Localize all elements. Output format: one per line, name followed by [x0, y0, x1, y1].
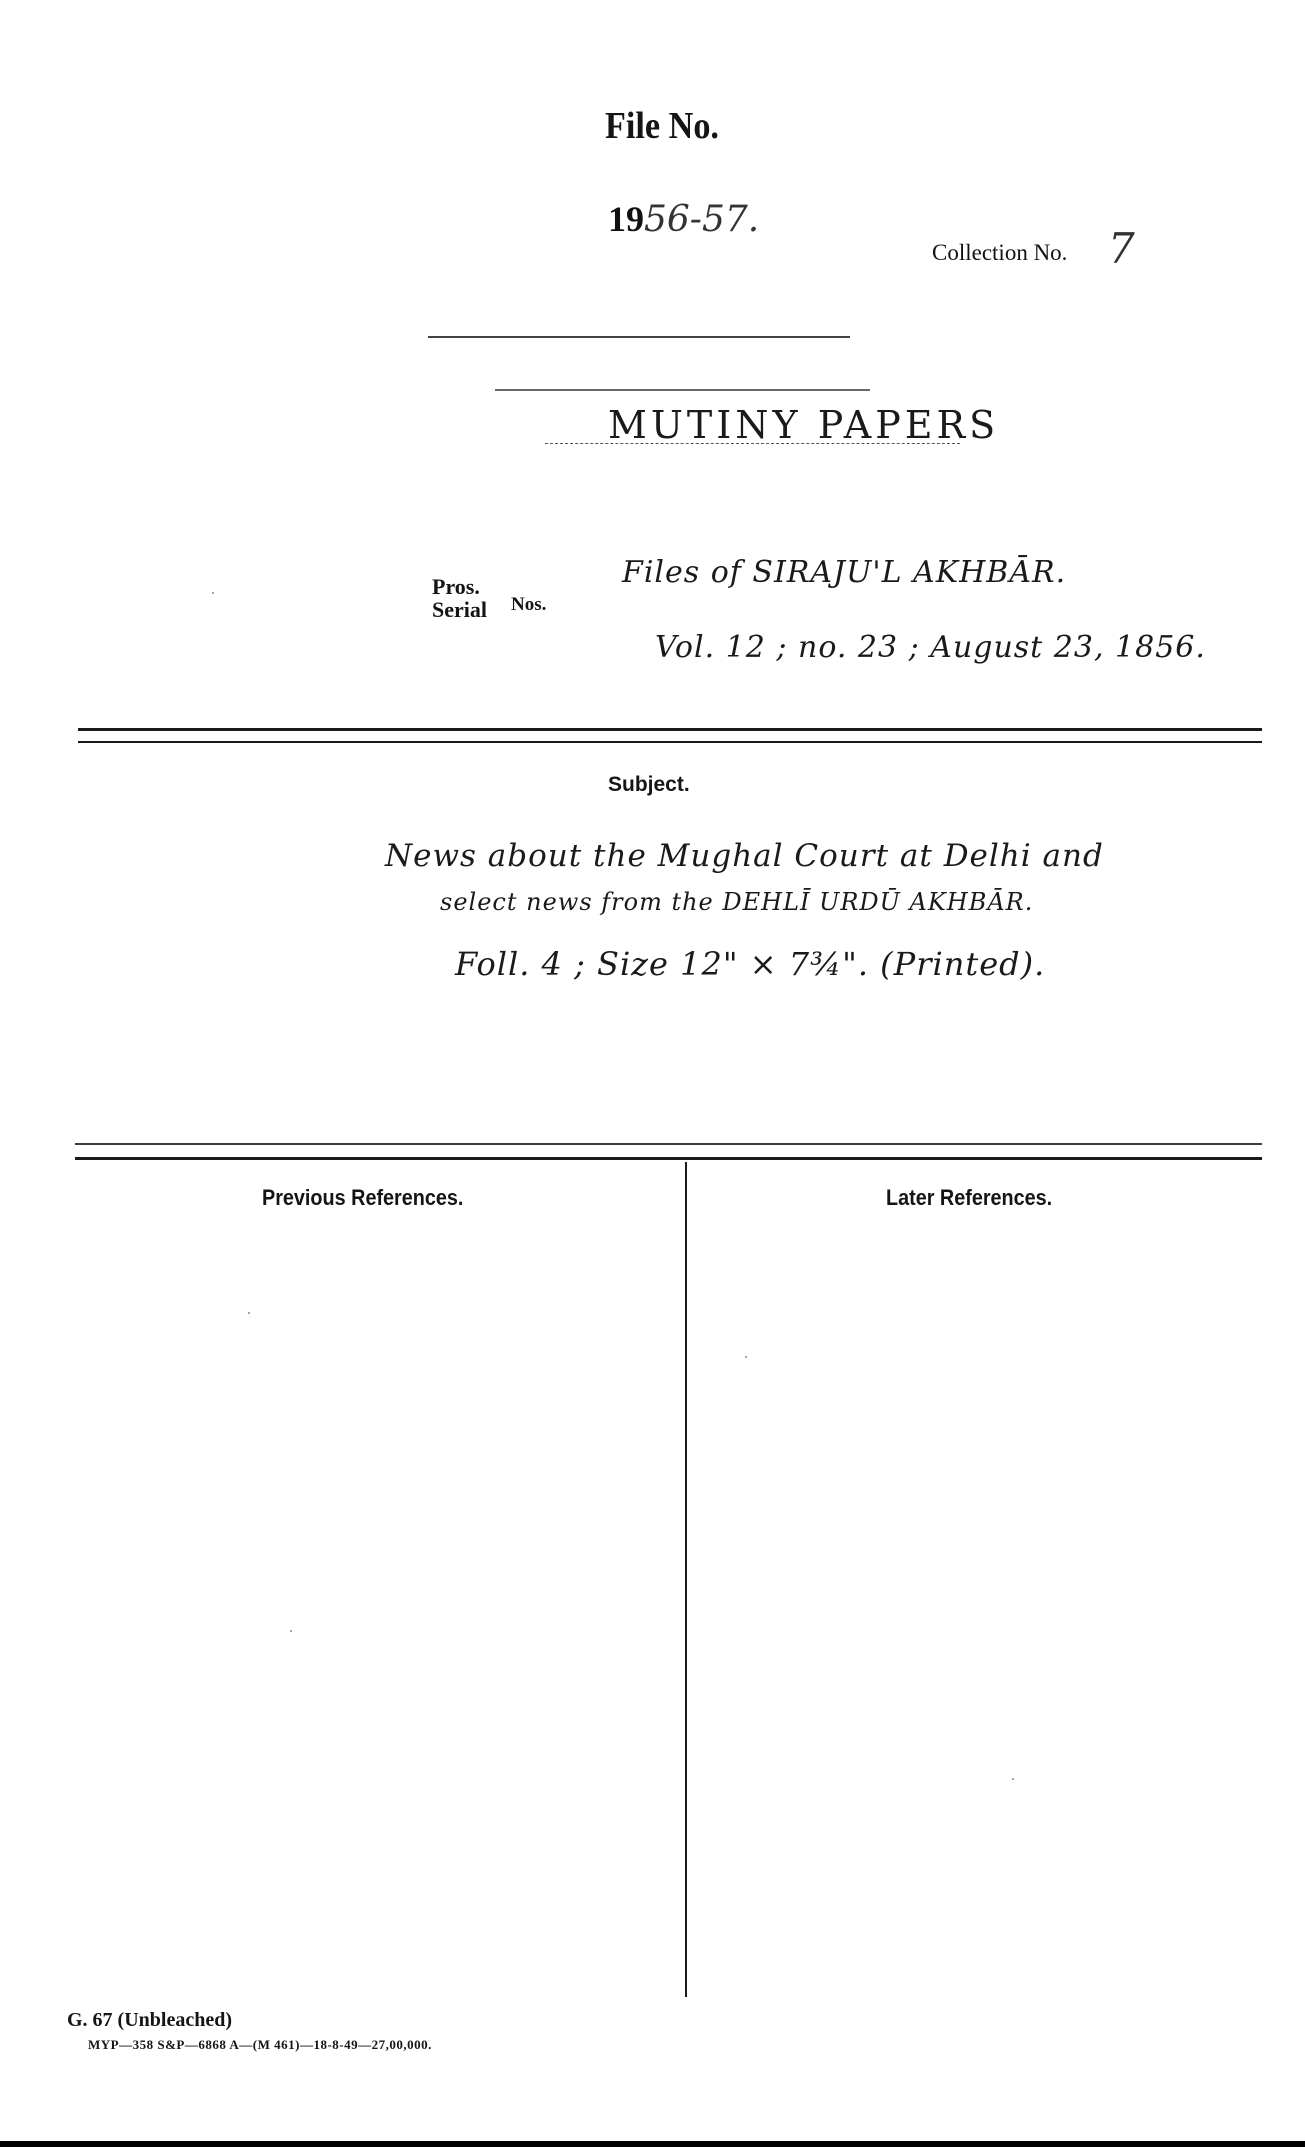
file-year-handwritten: 56-57.: [644, 199, 759, 240]
subject-line-3: Foll. 4 ; Size 12" × 7¾". (Printed).: [455, 945, 1045, 983]
section-rule-top-2: [78, 741, 1262, 743]
file-year-printed-prefix: 19: [608, 199, 644, 239]
section-rule-top-1: [78, 728, 1262, 731]
file-year: 1956-57.: [608, 198, 759, 240]
section-rule-mid-1: [75, 1143, 1262, 1145]
scan-speck: [212, 592, 214, 594]
previous-references-label: Previous References.: [262, 1185, 463, 1211]
scan-bottom-border: [0, 2141, 1305, 2147]
subject-line-2: select news from the DEHLĪ URDŪ AKHBĀR.: [440, 888, 1033, 916]
file-no-label: File No.: [605, 104, 719, 148]
header-rule-2: [495, 389, 870, 391]
header-rule-1: [428, 336, 850, 338]
references-column-divider: [685, 1162, 687, 1997]
subject-label: Subject.: [608, 773, 690, 797]
scan-speck: [248, 1312, 250, 1314]
later-references-label: Later References.: [886, 1185, 1052, 1211]
collection-no-label: Collection No.: [932, 240, 1067, 266]
collection-title: MUTINY PAPERS: [608, 403, 999, 447]
collection-no-value: 7: [1108, 224, 1136, 273]
scan-speck: [1012, 1778, 1014, 1780]
section-rule-mid-2: [75, 1157, 1262, 1160]
serial-entry-line-2: Vol. 12 ; no. 23 ; August 23, 1856.: [655, 630, 1206, 665]
serial-label-text: Serial: [432, 598, 487, 621]
scan-speck: [290, 1630, 292, 1632]
serial-label: Pros. Serial: [432, 575, 487, 621]
serial-entry-line-1: Files of SIRAJU'L AKHBĀR.: [622, 555, 1066, 590]
footer-form-code: G. 67 (Unbleached): [67, 2009, 232, 2032]
nos-label: Nos.: [511, 594, 546, 616]
footer-print-line: MYP—358 S&P—6868 A—(M 461)—18-8-49—27,00…: [88, 2037, 432, 2053]
title-underline: [545, 443, 960, 444]
subject-line-1: News about the Mughal Court at Delhi and: [385, 838, 1104, 874]
pros-label: Pros.: [432, 575, 487, 598]
scan-speck: [745, 1356, 747, 1358]
